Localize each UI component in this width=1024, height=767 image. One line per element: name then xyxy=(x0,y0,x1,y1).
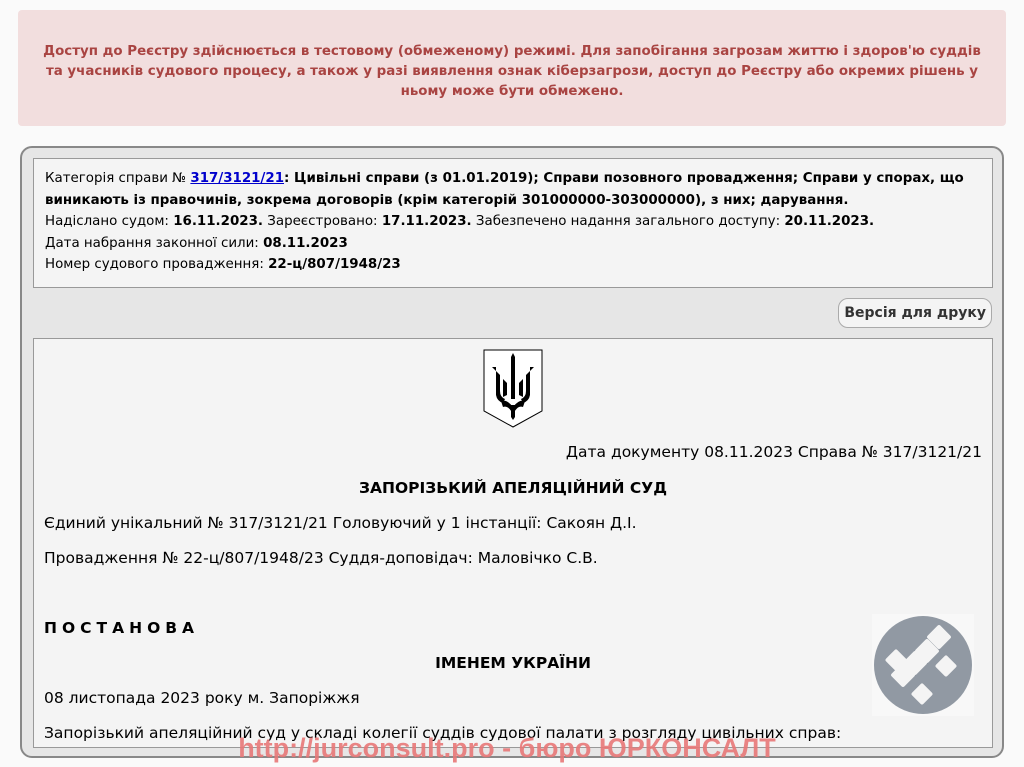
puzzle-badge-icon xyxy=(872,614,974,716)
proceeding-judge-line: Провадження № 22-ц/807/1948/23 Суддя-доп… xyxy=(44,549,982,567)
alert-text: Доступ до Реєстру здійснюється в тестово… xyxy=(43,44,981,99)
effective-date-line: Дата набрання законної сили: 08.11.2023 xyxy=(45,233,981,255)
case-category: Категорія справи № 317/3121/21: Цивільні… xyxy=(45,168,981,211)
effective-date: 08.11.2023 xyxy=(263,236,348,251)
proceeding-number: 22-ц/807/1948/23 xyxy=(268,257,401,272)
proceeding-number-line: Номер судового провадження: 22-ц/807/194… xyxy=(45,254,981,276)
registered-date: 17.11.2023. xyxy=(382,214,472,229)
public-access-date: 20.11.2023. xyxy=(784,214,874,229)
date-place-line: 08 листопада 2023 року м. Запоріжжя xyxy=(44,689,982,707)
restricted-access-alert: Доступ до Реєстру здійснюється в тестово… xyxy=(18,10,1006,126)
document-text: Дата документу 08.11.2023 Справа № 317/3… xyxy=(33,338,993,748)
case-number-link[interactable]: 317/3121/21 xyxy=(190,171,284,186)
case-info-box: Категорія справи № 317/3121/21: Цивільні… xyxy=(33,158,993,288)
court-name: ЗАПОРІЗЬКИЙ АПЕЛЯЦІЙНИЙ СУД xyxy=(44,479,982,497)
unique-number-line: Єдиний унікальний № 317/3121/21 Головуюч… xyxy=(44,514,982,532)
decision-panel: Категорія справи № 317/3121/21: Цивільні… xyxy=(20,146,1004,758)
print-version-button[interactable]: Версія для друку xyxy=(838,298,992,328)
dates-line: Надіслано судом: 16.11.2023. Зареєстрова… xyxy=(45,211,981,233)
in-the-name-heading: ІМЕНЕМ УКРАЇНИ xyxy=(44,654,982,672)
sent-date: 16.11.2023. xyxy=(173,214,263,229)
site-watermark: http://jurconsult.pro - бюро ЮРКОНСАЛТ xyxy=(0,733,1024,764)
ukraine-trident-icon xyxy=(483,349,543,429)
document-type: ПОСТАНОВА xyxy=(44,619,982,637)
document-date-line: Дата документу 08.11.2023 Справа № 317/3… xyxy=(44,443,982,461)
